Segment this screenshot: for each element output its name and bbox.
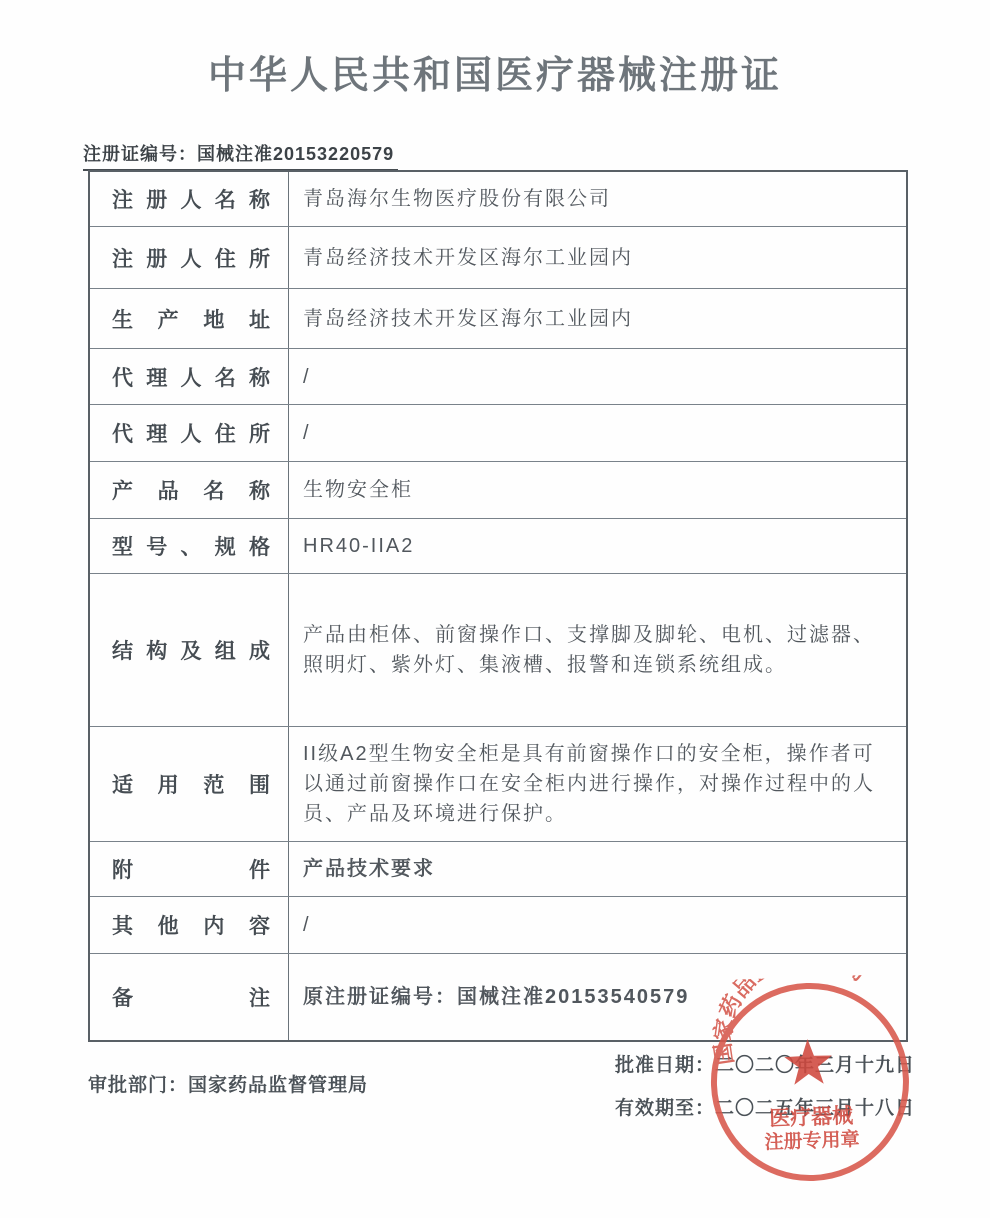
row-label: 生产地址 [90, 289, 289, 348]
table-row: 代理人住所 / [90, 405, 906, 462]
row-value: 青岛海尔生物医疗股份有限公司 [289, 172, 906, 226]
row-label: 注册人住所 [90, 227, 289, 288]
row-label: 附件 [90, 842, 289, 896]
row-label: 其他内容 [90, 897, 289, 953]
table-row: 适用范围 II级A2型生物安全柜是具有前窗操作口的安全柜，操作者可以通过前窗操作… [90, 727, 906, 842]
row-value: 生物安全柜 [289, 462, 906, 518]
stamp-line2: 注册专用章 [764, 1127, 860, 1153]
table-row: 其他内容 / [90, 897, 906, 954]
stamp-line1: 医疗器械 [769, 1103, 855, 1130]
row-label: 代理人住所 [90, 405, 289, 461]
table-row: 注册人名称 青岛海尔生物医疗股份有限公司 [90, 172, 906, 227]
star-icon [784, 1038, 833, 1085]
row-label: 产品名称 [90, 462, 289, 518]
row-label: 代理人名称 [90, 349, 289, 404]
row-value: / [289, 349, 906, 404]
certificate-page: 中华人民共和国医疗器械注册证 注册证编号：国械注准20153220579 注册人… [0, 0, 990, 1218]
certificate-table: 注册人名称 青岛海尔生物医疗股份有限公司 注册人住所 青岛经济技术开发区海尔工业… [88, 170, 908, 1042]
table-row: 注册人住所 青岛经济技术开发区海尔工业园内 [90, 227, 906, 289]
table-row: 产品名称 生物安全柜 [90, 462, 906, 519]
approval-department: 审批部门：国家药品监督管理局 [88, 1070, 368, 1097]
row-value: 青岛经济技术开发区海尔工业园内 [289, 289, 906, 348]
table-row: 代理人名称 / [90, 349, 906, 405]
row-value: 青岛经济技术开发区海尔工业园内 [289, 227, 906, 288]
row-label: 型号、规格 [90, 519, 289, 573]
row-label: 备注 [90, 954, 289, 1040]
row-label: 注册人名称 [90, 172, 289, 226]
table-row: 结构及组成 产品由柜体、前窗操作口、支撑脚及脚轮、电机、过滤器、照明灯、紫外灯、… [90, 574, 906, 727]
row-value: HR40-IIA2 [289, 519, 906, 573]
row-value: / [289, 897, 906, 953]
table-row: 生产地址 青岛经济技术开发区海尔工业园内 [90, 289, 906, 349]
row-label: 结构及组成 [90, 574, 289, 726]
row-label: 适用范围 [90, 727, 289, 841]
page-title: 中华人民共和国医疗器械注册证 [0, 44, 990, 99]
table-row: 型号、规格 HR40-IIA2 [90, 519, 906, 574]
row-value: II级A2型生物安全柜是具有前窗操作口的安全柜，操作者可以通过前窗操作口在安全柜… [289, 727, 906, 841]
row-value: 产品技术要求 [289, 842, 906, 896]
official-stamp: 国家药品监督管理局 医疗器械 注册专用章 [700, 973, 919, 1192]
row-value: / [289, 405, 906, 461]
table-row: 附件 产品技术要求 [90, 842, 906, 897]
row-value: 产品由柜体、前窗操作口、支撑脚及脚轮、电机、过滤器、照明灯、紫外灯、集液槽、报警… [289, 574, 906, 726]
registration-number: 注册证编号：国械注准20153220579 [83, 140, 398, 171]
